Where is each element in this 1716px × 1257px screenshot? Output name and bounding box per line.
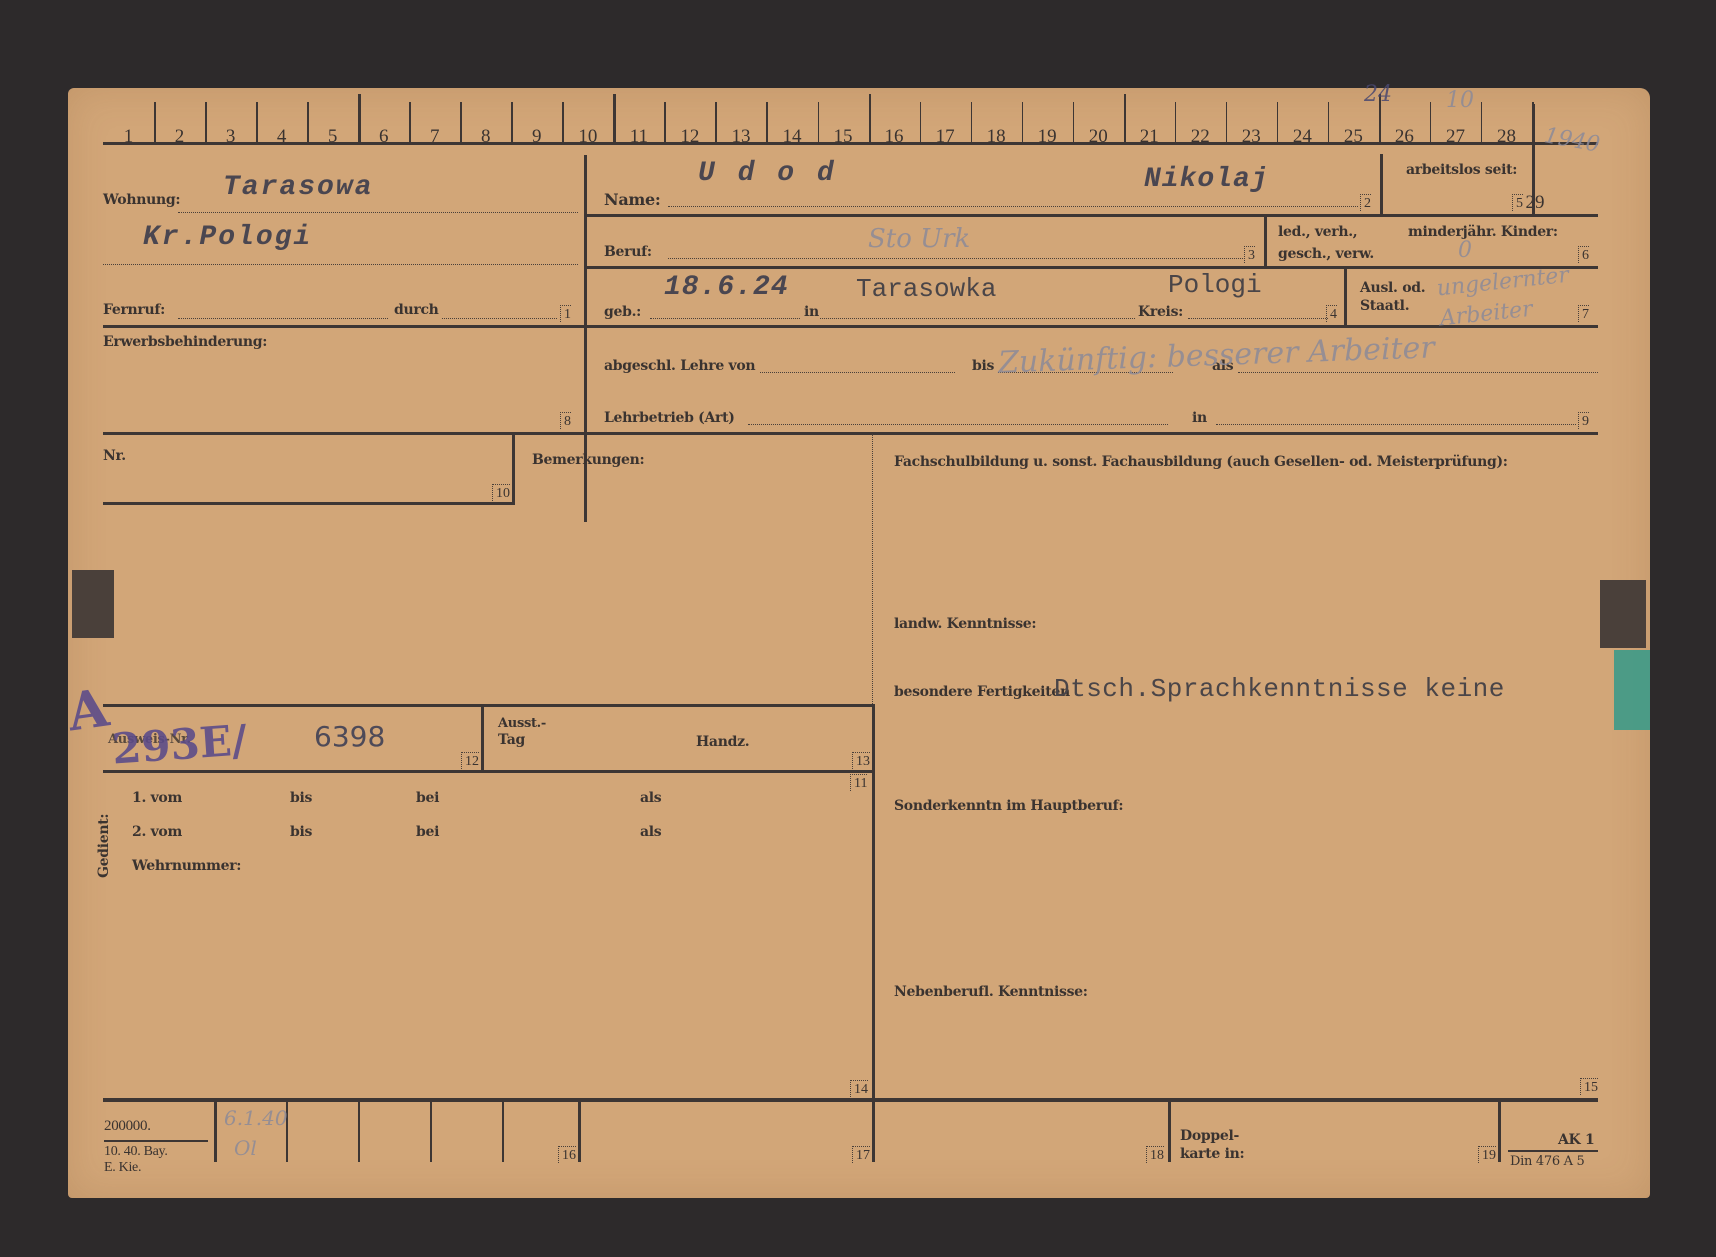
ruler-tick (205, 102, 207, 142)
divider-nr (512, 434, 515, 504)
residence-line-2: Kr.Pologi (143, 222, 312, 253)
ruler-tick (664, 102, 666, 142)
stamp-letter: A (64, 677, 112, 743)
field-box-14: 14 (850, 1080, 868, 1097)
field-box-5: 5 (1512, 194, 1523, 211)
ruler-tick (307, 102, 309, 142)
birth-date-dotline (650, 318, 800, 319)
field-box-13: 13 (852, 752, 870, 769)
occupation-dotline (668, 258, 1243, 259)
ruler-tick (511, 102, 513, 142)
company-in-dotline (1216, 424, 1576, 425)
residence-label: Wohnung: (103, 192, 180, 208)
field-box-8: 8 (560, 412, 571, 429)
special-skills-value: Dtsch.Sprachkenntnisse keine (1054, 674, 1505, 704)
nationality-label-2: Staatl. (1360, 298, 1409, 314)
ruler-tick (1481, 102, 1483, 142)
birth-in-label: in (804, 304, 819, 320)
line-after-apprenticeship (103, 432, 1598, 435)
footer-div-1 (214, 1100, 217, 1162)
training-label: Fachschulbildung u. sonst. Fachausbildun… (894, 454, 1508, 470)
duplicate-label-2: karte in: (1180, 1146, 1244, 1162)
military-number-label: Wehrnummer: (132, 858, 241, 874)
service-row-2-as: als (640, 824, 661, 840)
ruler-tick (766, 102, 768, 142)
field-box-10: 10 (492, 484, 510, 501)
side-job-knowledge-label: Nebenberufl. Kenntnisse: (894, 984, 1088, 1000)
divider-occupation-marital (1264, 216, 1267, 268)
ruler-tick (971, 102, 973, 142)
birth-label: geb.: (604, 304, 641, 320)
ruler-baseline (103, 142, 1598, 145)
footer-div-7 (872, 1100, 875, 1162)
field-box-1: 1 (560, 305, 571, 322)
district-dotline (1188, 318, 1328, 319)
company-label: Lehrbetrieb (Art) (604, 410, 735, 426)
unemployed-label: arbeitslos seit: (1406, 162, 1517, 178)
ruler-tick (409, 102, 411, 142)
apprenticeship-from-dotline (760, 372, 955, 373)
divider-birth-nationality (1344, 268, 1347, 328)
service-row-2-at: bei (416, 824, 439, 840)
field-box-18: 18 (1146, 1146, 1164, 1163)
footer-top-line (103, 1098, 1598, 1102)
ruler-tick (818, 102, 820, 142)
field-box-9: 9 (1578, 412, 1589, 429)
service-row-1-at: bei (416, 790, 439, 806)
via-label: durch (394, 302, 439, 318)
nationality-label-1: Ausl. od. (1360, 280, 1425, 296)
service-row-1-as: als (640, 790, 661, 806)
company-in-label: in (1192, 410, 1207, 426)
divider-lower-left (872, 706, 875, 1102)
field-box-17: 17 (852, 1146, 870, 1163)
field-box-2: 2 (1360, 194, 1371, 211)
footer-div-8 (1168, 1100, 1171, 1162)
signature-label: Handz. (696, 734, 749, 750)
divider-29 (1532, 104, 1535, 214)
print-run: 200000. (104, 1118, 151, 1135)
line-above-id (103, 704, 875, 707)
residence-dotline-1 (178, 212, 578, 213)
occupation-pencil: Sto Urk (868, 224, 970, 254)
print-info-1: 10. 40. Bay. (104, 1144, 168, 1160)
id-number: 6398 (314, 720, 385, 753)
field-box-3: 3 (1244, 246, 1255, 263)
din-label: Din 476 A 5 (1510, 1154, 1585, 1169)
field-box-7: 7 (1578, 305, 1589, 322)
duplicate-label-1: Doppel- (1180, 1128, 1239, 1144)
footer-div-5 (502, 1100, 504, 1162)
birth-place-value: Tarasowka (856, 274, 996, 304)
field-box-11: 11 (850, 774, 867, 791)
minors-value: 0 (1458, 238, 1472, 263)
pencil-mark-year: 1940 (1542, 123, 1601, 157)
phone-label: Fernruf: (103, 302, 165, 318)
disability-label: Erwerbsbehinderung: (103, 334, 267, 350)
ruler-tick (1328, 102, 1330, 142)
footer-div-4 (430, 1100, 432, 1162)
footer-div-6 (578, 1100, 581, 1162)
issued-label-2: Tag (498, 732, 525, 748)
stamp-code: 293E/ (110, 715, 248, 773)
footer-pencil-1: 6.1.40 (224, 1106, 288, 1130)
name-dotline (668, 206, 1358, 207)
form-id-rule (1508, 1150, 1598, 1152)
service-row-2-from: 2. vom (132, 824, 182, 840)
minors-label: minderjähr. Kinder: (1408, 224, 1558, 240)
via-dotline (442, 318, 557, 319)
field-box-15: 15 (1580, 1078, 1598, 1095)
ruler-tick (1226, 102, 1228, 142)
line-after-phone (103, 325, 587, 328)
ruler-tick (1175, 102, 1177, 142)
print-info-2: E. Kie. (104, 1160, 141, 1176)
green-index-tab (1614, 650, 1650, 730)
marital-label-1: led., verh., (1278, 224, 1357, 240)
left-index-tab (72, 570, 114, 638)
service-row-1-from: 1. vom (132, 790, 182, 806)
field-box-19: 19 (1478, 1146, 1496, 1163)
right-index-tab (1600, 580, 1646, 648)
apprenticeship-as-dotline (1238, 372, 1598, 373)
footer-pencil-2: Ol (234, 1136, 257, 1160)
ruler-tick (1430, 102, 1432, 142)
ruler-tick (256, 102, 258, 142)
occupation-label: Beruf: (604, 244, 652, 260)
form-id: AK 1 (1558, 1132, 1594, 1148)
ruler-tick (715, 102, 717, 142)
apprenticeship-until-label: bis (972, 358, 994, 374)
apprenticeship-label: abgeschl. Lehre von (604, 358, 755, 374)
ruler-tick (1277, 102, 1279, 142)
main-job-knowledge-label: Sonderkenntn im Hauptberuf: (894, 798, 1123, 814)
ruler-tick (562, 102, 564, 142)
name-label: Name: (604, 190, 661, 209)
field-box-12: 12 (461, 752, 479, 769)
residence-dotline-2 (103, 264, 578, 265)
served-label: Gedient: (96, 814, 112, 878)
surname-value: U d o d (698, 158, 837, 189)
agri-knowledge-label: landw. Kenntnisse: (894, 616, 1036, 632)
birth-place-dotline (820, 318, 1135, 319)
field-box-16: 16 (558, 1146, 576, 1163)
remarks-label: Bemerkungen: (532, 452, 644, 468)
ruler-tick (920, 102, 922, 142)
print-run-rule (104, 1140, 208, 1142)
district-value: Pologi (1168, 270, 1262, 300)
divider-id-issued (481, 706, 484, 772)
marital-label-2: gesch., verw. (1278, 246, 1374, 262)
pencil-mark-10: 10 (1446, 88, 1474, 113)
ruler-tick (154, 102, 156, 142)
residence-line-1: Tarasowa (223, 172, 373, 203)
service-row-2-until: bis (290, 824, 312, 840)
ruler-tick (460, 102, 462, 142)
company-dotline (748, 424, 1168, 425)
district-label: Kreis: (1138, 304, 1183, 320)
footer-div-9 (1498, 1100, 1501, 1162)
field-box-4: 4 (1326, 305, 1337, 322)
line-after-name (586, 214, 1598, 217)
phone-dotline (178, 318, 388, 319)
ruler-tick (1022, 102, 1024, 142)
registration-card: 1234567891011121314151617181920212223242… (68, 88, 1650, 1198)
birth-date-value: 18.6.24 (664, 272, 789, 303)
number-label: Nr. (103, 448, 126, 464)
pencil-mark-24: 24 (1364, 82, 1392, 107)
first-name-value: Nikolaj (1144, 164, 1269, 195)
service-row-1-until: bis (290, 790, 312, 806)
issued-label-1: Ausst.- (498, 716, 546, 731)
special-skills-label: besondere Fertigkeiten (894, 684, 1070, 700)
line-under-id (103, 770, 875, 773)
line-after-occupation (586, 266, 1598, 269)
divider-name-unemployed (1380, 154, 1383, 214)
ruler-tick (1073, 102, 1075, 142)
line-under-nr (103, 502, 515, 505)
footer-div-3 (358, 1100, 360, 1162)
